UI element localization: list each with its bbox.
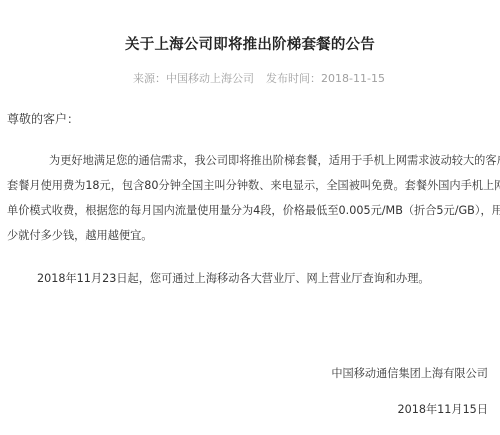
paragraph-line: 2018年11月23日起，您可通过上海移动各大营业厅、网上营业厅查询和办理。 (7, 266, 495, 291)
source-label: 来源：中国移动上海公司 (133, 72, 254, 85)
paragraph-line: 为更好地满足您的通信需求，我公司即将推出阶梯套餐，适用于手机上网需求波动较大的客… (7, 148, 495, 173)
paragraph-tiered-plan: 为更好地满足您的通信需求，我公司即将推出阶梯套餐，适用于手机上网需求波动较大的客… (7, 148, 495, 248)
paragraph-line: 单价模式收费，根据您的每月国内流量使用量分为4段，价格最低至0.005元/MB（… (7, 198, 495, 223)
paragraph-line: 少就付多少钱，越用越便宜。 (7, 223, 495, 248)
publish-time-label: 发布时间：2018-11-15 (266, 72, 385, 85)
notice-meta: 来源：中国移动上海公司发布时间：2018-11-15 (0, 70, 500, 86)
signature-date: 2018年11月15日 (397, 401, 488, 417)
paragraph-availability: 2018年11月23日起，您可通过上海移动各大营业厅、网上营业厅查询和办理。 (7, 266, 495, 291)
salutation: 尊敬的客户： (7, 110, 79, 127)
signature-company: 中国移动通信集团上海有限公司 (331, 365, 488, 381)
paragraph-line: 套餐月使用费为18元，包含80分钟全国主叫分钟数、来电显示，全国被叫免费。套餐外… (7, 173, 495, 198)
notice-title: 关于上海公司即将推出阶梯套餐的公告 (0, 33, 500, 54)
